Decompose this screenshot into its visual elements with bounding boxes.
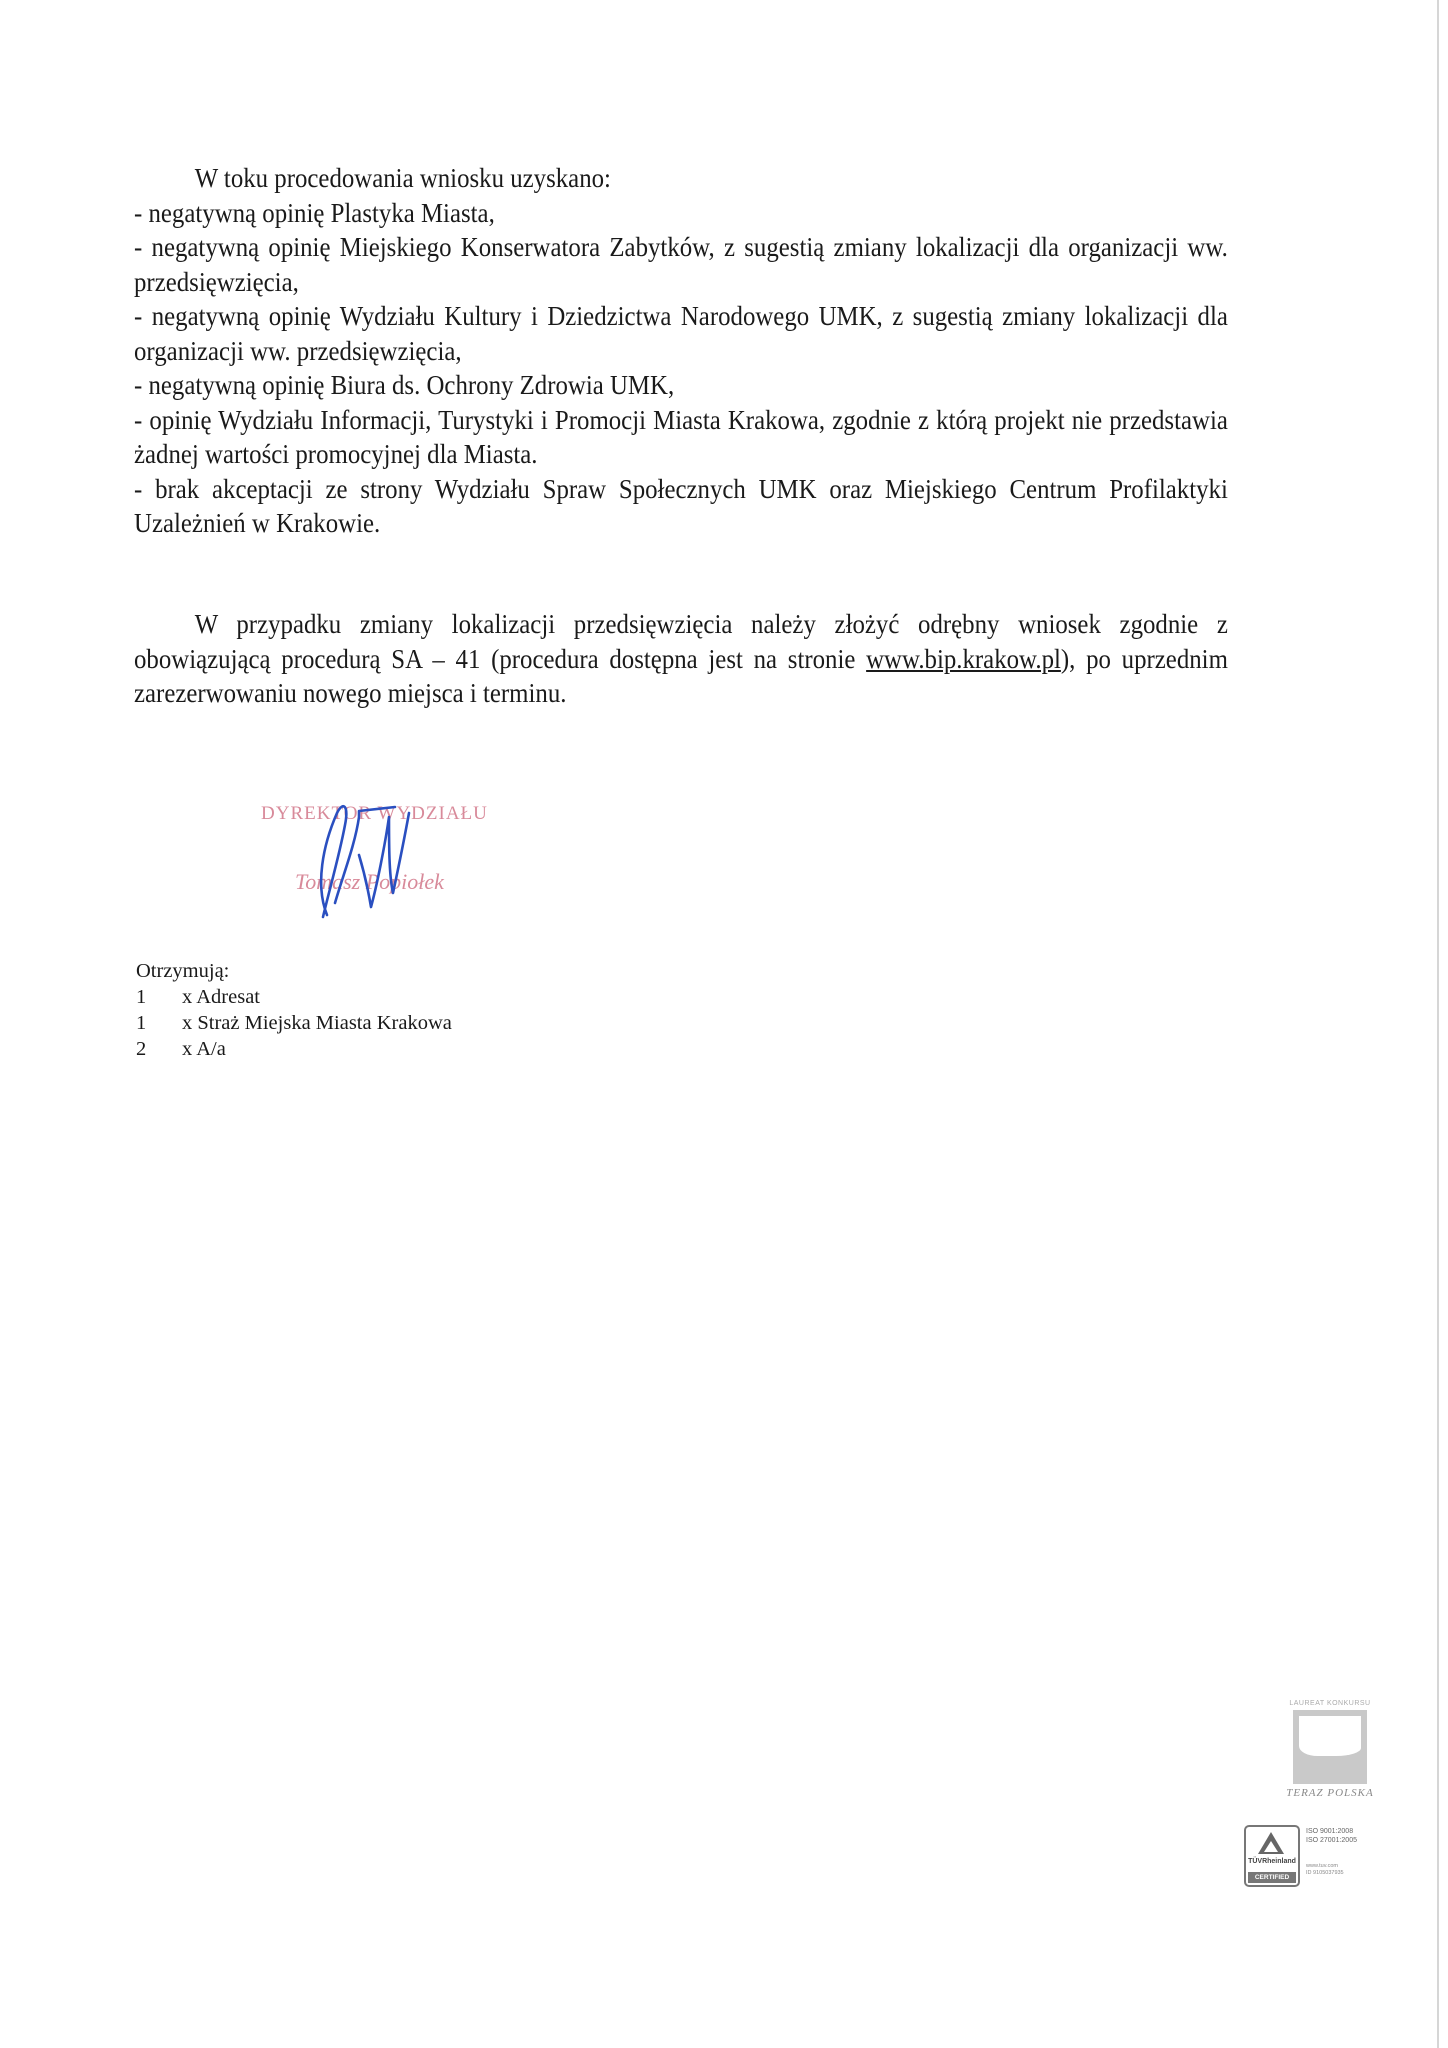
document-page: W toku procedowania wniosku uzyskano: - … (0, 0, 1448, 2048)
teraz-polska-emblem-icon (1293, 1710, 1367, 1784)
tuv-brand: TÜVRheinland (1248, 1858, 1296, 1865)
opinion-item: - negatywną opinię Wydziału Kultury i Dz… (134, 299, 1228, 368)
director-stamp: DYREKTOR WYDZIAŁU Tomasz Popiołek (255, 795, 555, 915)
signature-icon (285, 795, 445, 925)
teraz-polska-logo: LAUREAT KONKURSU TERAZ POLSKA (1284, 1700, 1376, 1800)
recipients-list: Otrzymują: 1 x Adresat 1 x Straż Miejska… (136, 958, 452, 1062)
tuv-web-info: www.tuv.com ID 9105037935 (1306, 1863, 1344, 1877)
tuv-badge-icon: TÜVRheinland CERTIFIED (1244, 1825, 1300, 1887)
recipient-qty: 1 (136, 984, 182, 1010)
tuv-web-line: www.tuv.com (1306, 1863, 1344, 1870)
logo-caption-top: LAUREAT KONKURSU (1284, 1700, 1376, 1707)
recipient-qty: 1 (136, 1010, 182, 1036)
relocation-notice: W przypadku zmiany lokalizacji przedsięw… (134, 607, 1228, 711)
bip-krakow-link[interactable]: www.bip.krakow.pl (866, 644, 1061, 674)
recipient-row: 1 x Adresat (136, 984, 452, 1010)
opinion-item: - negatywną opinię Miejskiego Konserwato… (134, 230, 1228, 299)
tuv-certification-logo: TÜVRheinland CERTIFIED ISO 9001:2008 ISO… (1244, 1825, 1384, 1885)
recipient-label: x Straż Miejska Miasta Krakowa (182, 1010, 452, 1036)
recipient-label: x A/a (182, 1036, 226, 1062)
opinion-item: - negatywną opinię Plastyka Miasta, (134, 196, 1228, 231)
recipient-label: x Adresat (182, 984, 260, 1010)
relocation-paragraph: W przypadku zmiany lokalizacji przedsięw… (134, 607, 1228, 711)
recipient-row: 1 x Straż Miejska Miasta Krakowa (136, 1010, 452, 1036)
recipient-row: 2 x A/a (136, 1036, 452, 1062)
iso-line: ISO 27001:2005 (1306, 1836, 1357, 1845)
iso-line: ISO 9001:2008 (1306, 1827, 1357, 1836)
scan-edge-line (1437, 0, 1439, 2048)
recipients-heading: Otrzymują: (136, 958, 452, 984)
opinion-item: - opinię Wydziału Informacji, Turystyki … (134, 403, 1228, 472)
tuv-certified: CERTIFIED (1248, 1872, 1296, 1883)
opinions-section: W toku procedowania wniosku uzyskano: - … (134, 161, 1228, 541)
tuv-id-line: ID 9105037935 (1306, 1870, 1344, 1877)
opinion-item: - negatywną opinię Biura ds. Ochrony Zdr… (134, 368, 1228, 403)
opinions-intro: W toku procedowania wniosku uzyskano: (134, 161, 1228, 196)
logo-caption-bottom: TERAZ POLSKA (1284, 1787, 1376, 1799)
opinion-item: - brak akceptacji ze strony Wydziału Spr… (134, 472, 1228, 541)
iso-standards: ISO 9001:2008 ISO 27001:2005 (1306, 1827, 1357, 1845)
recipient-qty: 2 (136, 1036, 182, 1062)
